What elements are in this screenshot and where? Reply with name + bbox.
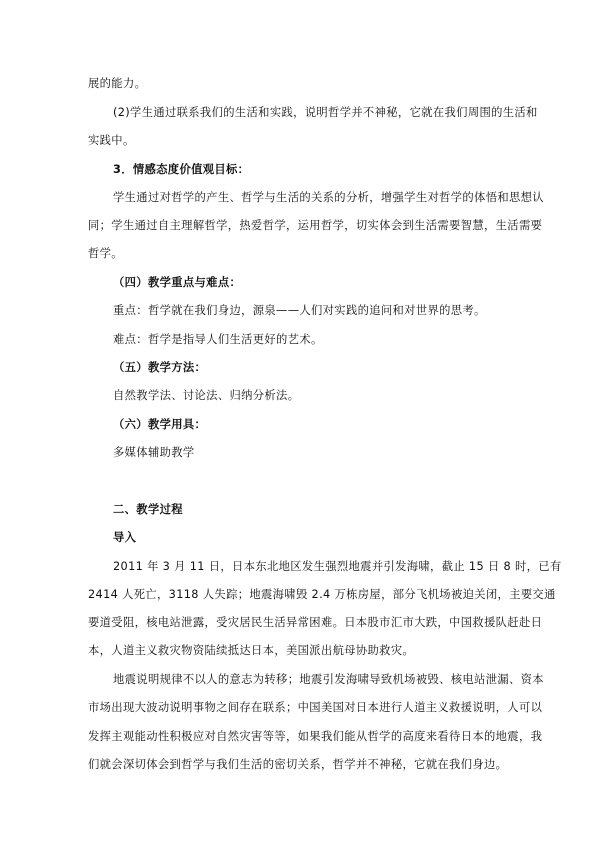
paragraph-line: 发挥主观能动性积极应对自然灾害等等，如果我们能从哲学的高度来看待日本的地震，我 [88,730,542,744]
paragraph-line: 2011 年 3 月 11 日，日本东北地区发生强烈地震并引发海啸，截止 15 … [113,560,562,574]
document-page: 展的能力。 (2)学生通过联系我们的生活和实践，说明哲学并不神秘，它就在我们周围… [0,0,595,842]
paragraph-line: 展的能力。 [88,77,146,91]
section-heading: 3．情感态度价值观目标： [113,163,249,177]
section-heading: （四）教学重点与难点： [113,276,241,290]
section-heading: 二、教学过程 [113,503,183,517]
paragraph-line: 同；学生通过自主理解哲学，热爱哲学，运用哲学，切实体会到生活需要智慧，生活需要 [88,219,542,233]
paragraph-line: 哲学。 [88,247,123,261]
section-heading: （五）教学方法： [113,361,206,375]
paragraph-line: (2)学生通过联系我们的生活和实践，说明哲学并不神秘，它就在我们周围的生活和 [113,106,538,120]
paragraph-line: 重点：哲学就在我们身边，源泉——人们对实践的追问和对世界的思考。 [113,304,486,318]
paragraph-line: 市场出现大波动说明事物之间存在联系；中国美国对日本进行人道主义救援说明，人可以 [88,701,542,715]
section-heading: 导入 [113,531,136,545]
paragraph-line: 难点：哲学是指导人们生活更好的艺术。 [113,333,323,347]
paragraph-line: 们就会深切体会到哲学与我们生活的密切关系，哲学并不神秘，它就在我们身边。 [88,758,507,772]
paragraph-line: 2414 人死亡，3118 人失踪；地震海啸毁 2.4 万栋房屋，部分飞机场被迫… [88,588,556,602]
paragraph-line: 多媒体辅助教学 [113,446,195,460]
section-heading: （六）教学用具： [113,418,206,432]
paragraph-line: 学生通过对哲学的产生、哲学与生活的关系的分析，增强学生对哲学的体悟和思想认 [113,191,544,205]
paragraph-line: 本，人道主义救灾物资陆续抵达日本，美国派出航母协助救灾。 [88,644,414,658]
paragraph-line: 实践中。 [88,134,135,148]
paragraph-line: 要道受阻，核电站泄露，受灾居民生活异常困难。日本股市汇市大跌，中国救援队赶赴日 [88,616,542,630]
paragraph-line: 地震说明规律不以人的意志为转移；地震引发海啸导致机场被毁、核电站泄漏、资本 [113,673,544,687]
paragraph-line: 自然教学法、讨论法、归纳分析法。 [113,389,299,403]
